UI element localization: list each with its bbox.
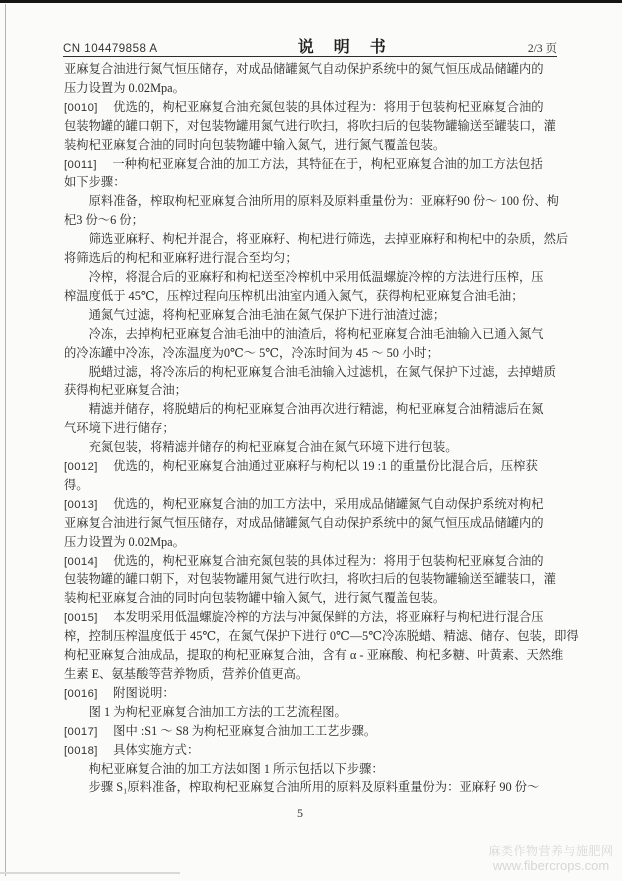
text-line: 原料准备，榨取枸杞亚麻复合油所用的原料及原料重量份为：亚麻籽90 份～ 100 … — [64, 192, 558, 211]
text-line: 压力设置为 0.02Mpa。 — [64, 533, 558, 552]
text-line: 脱蜡过滤，将冷冻后的枸杞亚麻复合油毛油输入过滤机，在氮气保护下过滤，去掉蜡质 — [64, 363, 558, 382]
watermark: 麻类作物营养与施肥网 www.fibercrops.com — [486, 844, 616, 873]
text-line: [0010] 优选的，枸杞亚麻复合油充氮包装的具体过程为：将用于包装枸杞亚麻复合… — [64, 98, 558, 117]
watermark-site-name: 麻类作物营养与施肥网 — [486, 844, 616, 859]
document-title: 说 明 书 — [298, 34, 388, 57]
paragraph-number: [0015] — [64, 612, 98, 624]
text-line: 装枸杞亚麻复合油的同时向包装物罐中输入氮气，进行氮气覆盖包装。 — [64, 589, 558, 608]
text-line: 如下步骤： — [64, 173, 558, 192]
text-line: 通氮气过滤，将枸杞亚麻复合油毛油在氮气保护下进行油渣过滤； — [64, 306, 558, 325]
text-line: 亚麻复合油进行氮气恒压储存，对成品储罐氮气自动保护系统中的氮气恒压成品储罐内的 — [64, 514, 558, 533]
paragraph-number: [0016] — [64, 688, 98, 700]
text-line: [0016] 附图说明： — [64, 684, 558, 703]
page-indicator: 2/3 页 — [528, 40, 557, 56]
text-line: [0013] 优选的，枸杞亚麻复合油的加工方法中，采用成品储罐氮气自动保护系统对… — [64, 495, 558, 514]
text-line: [0014] 优选的，枸杞亚麻复合油充氮包装的具体过程为：将用于包装枸杞亚麻复合… — [64, 552, 558, 571]
text-line: 榨温度低于 45℃，压榨过程向压榨机出油室内通入氮气，获得枸杞亚麻复合油毛油； — [64, 287, 558, 306]
patent-document-page: CN 104479858 A 说 明 书 2/3 页 亚麻复合油进行氮气恒压储存… — [0, 0, 622, 881]
text-line: 得。 — [64, 476, 558, 495]
watermark-site-url: www.fibercrops.com — [486, 859, 616, 874]
paragraph-number: [0010] — [64, 102, 98, 114]
text-line: 冷榨，将混合后的亚麻籽和枸杞送至冷榨机中采用低温螺旋冷榨的方法进行压榨，压 — [64, 268, 558, 287]
text-line: 枸杞亚麻复合油成品，提取的枸杞亚麻复合油，含有 α - 亚麻酸、枸杞多糖、叶黄素… — [64, 646, 558, 665]
text-line: 充氮包装，将精滤并储存的枸杞亚麻复合油在氮气环境下进行包装。 — [64, 438, 558, 457]
text-line: 压力设置为 0.02Mpa。 — [64, 79, 558, 98]
paragraph-number: [0017] — [64, 726, 98, 738]
text-line: 生素 E、氨基酸等营养物质，营养价值更高。 — [64, 665, 558, 684]
patent-number: CN 104479858 A — [63, 43, 158, 55]
text-line: 气环境下进行储存； — [64, 419, 558, 438]
scan-edge-left — [5, 4, 6, 876]
text-line: 获得枸杞亚麻复合油； — [64, 381, 558, 400]
scan-edge-top — [0, 0, 622, 3]
text-line: [0011] 一种枸杞亚麻复合油的加工方法，其特征在于，枸杞亚麻复合油的加工方法… — [64, 155, 558, 174]
text-line: 步骤 S₁原料准备，榨取枸杞亚麻复合油所用的原料及原料重量份为：亚麻籽 90 份… — [64, 778, 558, 797]
text-line: [0012] 优选的，枸杞亚麻复合油通过亚麻籽与枸杞以 19 :1 的重量份比混… — [64, 457, 558, 476]
text-line: 包装物罐的罐口朝下，对包装物罐用氮气进行吹扫，将吹扫后的包装物罐输送至罐装口，灌 — [64, 570, 558, 589]
paragraph-number: [0018] — [64, 745, 98, 757]
paragraph-number: [0012] — [64, 461, 98, 473]
text-line: 精滤并储存，将脱蜡后的枸杞亚麻复合油再次进行精滤，枸杞亚麻复合油精滤后在氮 — [64, 400, 558, 419]
text-line: [0015] 本发明采用低温螺旋冷榨的方法与冲氮保鲜的方法，将亚麻籽与枸杞进行混… — [64, 608, 558, 627]
text-line: 杞3 份～6 份； — [64, 211, 558, 230]
page-number: 5 — [64, 806, 536, 821]
text-line: [0018] 具体实施方式： — [64, 741, 558, 760]
text-line: 包装物罐的罐口朝下，对包装物罐用氮气进行吹扫，将吹扫后的包装物罐输送至罐装口，灌 — [64, 117, 558, 136]
body-text: 亚麻复合油进行氮气恒压储存，对成品储罐氮气自动保护系统中的氮气恒压成品储罐内的压… — [64, 60, 558, 797]
paragraph-number: [0011] — [64, 159, 97, 171]
paragraph-number: [0013] — [64, 499, 98, 511]
paragraph-number: [0014] — [64, 556, 98, 568]
text-line: 装枸杞亚麻复合油的同时向包装物罐中输入氮气，进行氮气覆盖包装。 — [64, 136, 558, 155]
scan-edge-bottom — [0, 872, 180, 874]
page-header: CN 104479858 A 说 明 书 2/3 页 — [63, 34, 557, 57]
text-line: 筛选亚麻籽、枸杞并混合，将亚麻籽、枸杞进行筛选，去掉亚麻籽和枸杞中的杂质，然后 — [64, 230, 558, 249]
text-line: 的冷冻罐中冷冻，冷冻温度为0℃～ 5℃，冷冻时间为 45 ～ 50 小时； — [64, 344, 558, 363]
text-line: 将筛选后的枸杞和亚麻籽进行混合至均匀； — [64, 249, 558, 268]
text-line: 榨，控制压榨温度低于 45℃，在氮气保护下进行 0℃—5℃冷冻脱蜡、精滤、储存、… — [64, 627, 558, 646]
text-line: 冷冻，去掉枸杞亚麻复合油毛油中的油渣后，将枸杞亚麻复合油毛油输入已通入氮气 — [64, 325, 558, 344]
text-line: [0017] 图中 :S1 ～ S8 为枸杞亚麻复合油加工工艺步骤。 — [64, 722, 558, 741]
text-line: 亚麻复合油进行氮气恒压储存，对成品储罐氮气自动保护系统中的氮气恒压成品储罐内的 — [64, 60, 558, 79]
text-line: 枸杞亚麻复合油的加工方法如图 1 所示包括以下步骤： — [64, 760, 558, 779]
text-line: 图 1 为枸杞亚麻复合油加工方法的工艺流程图。 — [64, 703, 558, 722]
